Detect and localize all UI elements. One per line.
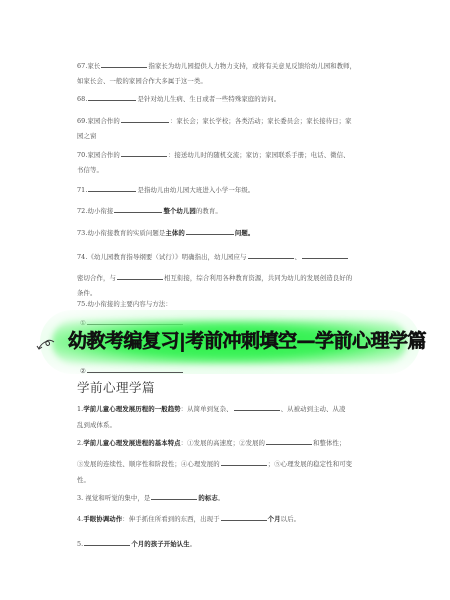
p3-prefix: 3. 视觉和听觉的集中，是 <box>77 494 150 502</box>
p2-line2-a: ③发展的连续性、顺序性和阶段性；④心理发展的 <box>77 460 220 468</box>
p2-line2-b: ；⑤心理发展的稳定性和可变 <box>268 460 352 468</box>
p1-bold: 学前儿童心理发展历程的一般趋势 <box>83 405 180 413</box>
blank-field[interactable] <box>114 206 162 213</box>
q67-prefix: 67.家长 <box>77 62 100 70</box>
q68-prefix: 68. <box>77 95 87 103</box>
question-69-cont: 园之窗 <box>77 132 96 140</box>
q69-suffix: ：家长会；家长学校；各类活动；家长委员会；家长接待日；家 <box>170 117 352 125</box>
question-70-cont: 书信等。 <box>77 166 103 174</box>
blank-field[interactable] <box>84 539 130 546</box>
q69-prefix: 69.家园合作的 <box>77 117 120 125</box>
question-71: 71.是指幼儿由幼儿园大班进入小学一年级。 <box>77 185 254 194</box>
p5-suffix: 。 <box>190 540 197 548</box>
p3-bold: 的标志 <box>198 494 217 502</box>
q73-prefix: 73.幼小衔接教育的实质问题是 <box>77 229 165 237</box>
psych-item-5: 5.个月的孩子开始认生。 <box>77 539 196 548</box>
question-67-cont: 如家长会、一般的家园合作大多属于这一类。 <box>77 77 207 85</box>
q71-suffix: 是指幼儿由幼儿园大班进入小学一年级。 <box>137 186 254 194</box>
blank-field[interactable] <box>302 252 348 259</box>
q73-bold1: 主体的 <box>165 229 184 237</box>
p2-text1: ：①发展的高速度；②发展的 <box>181 439 265 447</box>
q69-cont: 园之窗 <box>77 132 96 140</box>
p3-suffix: 。 <box>218 494 225 502</box>
psych-item-3: 3. 视觉和听觉的集中，是的标志。 <box>77 493 224 502</box>
q67-cont: 如家长会、一般的家园合作大多属于这一类。 <box>77 77 207 85</box>
p2-text2: 和整体性； <box>313 439 345 447</box>
psych-item-1: 1.学前儿童心理发展历程的一般趋势：从简单到复杂、、从被动到主动、从凌 <box>77 404 346 413</box>
p1-text1: ：从简单到复杂、 <box>181 405 233 413</box>
q72-bold: 整个幼儿园 <box>163 207 195 215</box>
q74-prefix: 74.《幼儿园教育指导纲要（试行）》明确指出，幼儿园应与 <box>77 253 247 261</box>
blank-field[interactable] <box>117 273 163 280</box>
blank-field[interactable] <box>121 116 169 123</box>
question-68: 68.是针对幼儿生病、生日或者一些特殊家庭的访问。 <box>77 94 280 103</box>
question-74-line2: 密切合作，与相互衔接，综合利用各种教育资源，共同为幼儿的发展创造良好的 <box>77 273 352 282</box>
blank-field[interactable] <box>101 61 147 68</box>
q75-text: 75.幼小衔接的主要内容与方法： <box>77 300 172 308</box>
p5-bold: 个月的孩子开始认生 <box>131 540 189 548</box>
psych-item-2-line2: ③发展的连续性、顺序性和阶段性；④心理发展的；⑤心理发展的稳定性和可变 <box>77 459 352 468</box>
q72-prefix: 72.幼小衔接 <box>77 207 113 215</box>
q71-prefix: 71. <box>77 186 87 194</box>
question-74-cont: 条件。 <box>77 289 96 297</box>
p4-bold1: 手眼协调动作 <box>83 515 122 523</box>
q70-cont: 书信等。 <box>77 166 103 174</box>
blank-field[interactable] <box>248 252 294 259</box>
section-title: 学前心理学篇 <box>77 380 155 396</box>
blank-field[interactable] <box>234 404 280 411</box>
q74-line2-suffix: 相互衔接，综合利用各种教育资源，共同为幼儿的发展创造良好的 <box>164 274 352 282</box>
question-74: 74.《幼儿园教育指导纲要（试行）》明确指出，幼儿园应与、 <box>77 252 349 261</box>
p4-text: ：伸手抓住所看到的东西，出现于 <box>122 515 219 523</box>
q74-line2-prefix: 密切合作，与 <box>77 274 116 282</box>
banner-title: 幼教考编复习|考前冲刺填空—学前心理学篇 <box>68 329 426 353</box>
psych-item-4: 4.手眼协调动作：伸手抓住所看到的东西，出现于个月以后。 <box>77 514 300 523</box>
document-page: 67.家长指家长为幼儿园提供人力物力支持，或将有关意见反馈给幼儿园和教师， 如家… <box>0 0 450 600</box>
blank-field[interactable] <box>88 185 136 192</box>
p4-bold2: 个月 <box>268 515 281 523</box>
p2-cont: 性。 <box>77 476 90 484</box>
p1-text2: 、从被动到主动、从凌 <box>281 405 346 413</box>
q72-suffix: 的教育。 <box>196 207 222 215</box>
q67-suffix: 指家长为幼儿园提供人力物力支持，或将有关意见反馈给幼儿园和教师， <box>148 62 356 70</box>
p2-bold: 学前儿童心理发展进程的基本特点 <box>83 439 180 447</box>
blank-field[interactable] <box>266 438 312 445</box>
blank-field[interactable] <box>121 150 167 157</box>
question-73: 73.幼小衔接教育的实质问题是主体的问题。 <box>77 228 254 237</box>
question-75-sub2: ② <box>80 366 184 375</box>
blank-field[interactable] <box>151 493 197 500</box>
question-72: 72.幼小衔接整个幼儿园的教育。 <box>77 206 222 215</box>
psych-item-2-cont: 性。 <box>77 476 90 484</box>
blank-field[interactable] <box>87 366 183 373</box>
question-75: 75.幼小衔接的主要内容与方法： <box>77 300 172 308</box>
blank-field[interactable] <box>88 94 136 101</box>
q74-cont: 条件。 <box>77 289 96 297</box>
question-69: 69.家园合作的：家长会；家长学校；各类活动；家长委员会；家长接待日；家 <box>77 116 352 125</box>
question-67: 67.家长指家长为幼儿园提供人力物力支持，或将有关意见反馈给幼儿园和教师， <box>77 61 356 70</box>
blank-field[interactable] <box>221 459 267 466</box>
psych-item-1-cont: 乱到成体系。 <box>77 421 116 429</box>
q70-suffix: ：接送幼儿时的随机交流；家访；家园联系手册；电话、微信、 <box>168 151 350 159</box>
psych-item-2: 2.学前儿童心理发展进程的基本特点：①发展的高速度；②发展的和整体性； <box>77 438 346 447</box>
q73-bold2: 问题。 <box>235 229 254 237</box>
q74-mid: 、 <box>295 253 302 261</box>
p4-suffix: 以后。 <box>281 515 300 523</box>
blank-field[interactable] <box>221 514 267 521</box>
blank-field[interactable] <box>186 228 234 235</box>
q68-suffix: 是针对幼儿生病、生日或者一些特殊家庭的访问。 <box>137 95 280 103</box>
p5-prefix: 5. <box>77 540 83 548</box>
question-70: 70.家园合作的：接送幼儿时的随机交流；家访；家园联系手册；电话、微信、 <box>77 150 350 159</box>
q70-prefix: 70.家园合作的 <box>77 151 120 159</box>
swirl-arrow-icon <box>36 338 56 352</box>
q75-sub2-num: ② <box>80 367 86 375</box>
p1-cont: 乱到成体系。 <box>77 421 116 429</box>
